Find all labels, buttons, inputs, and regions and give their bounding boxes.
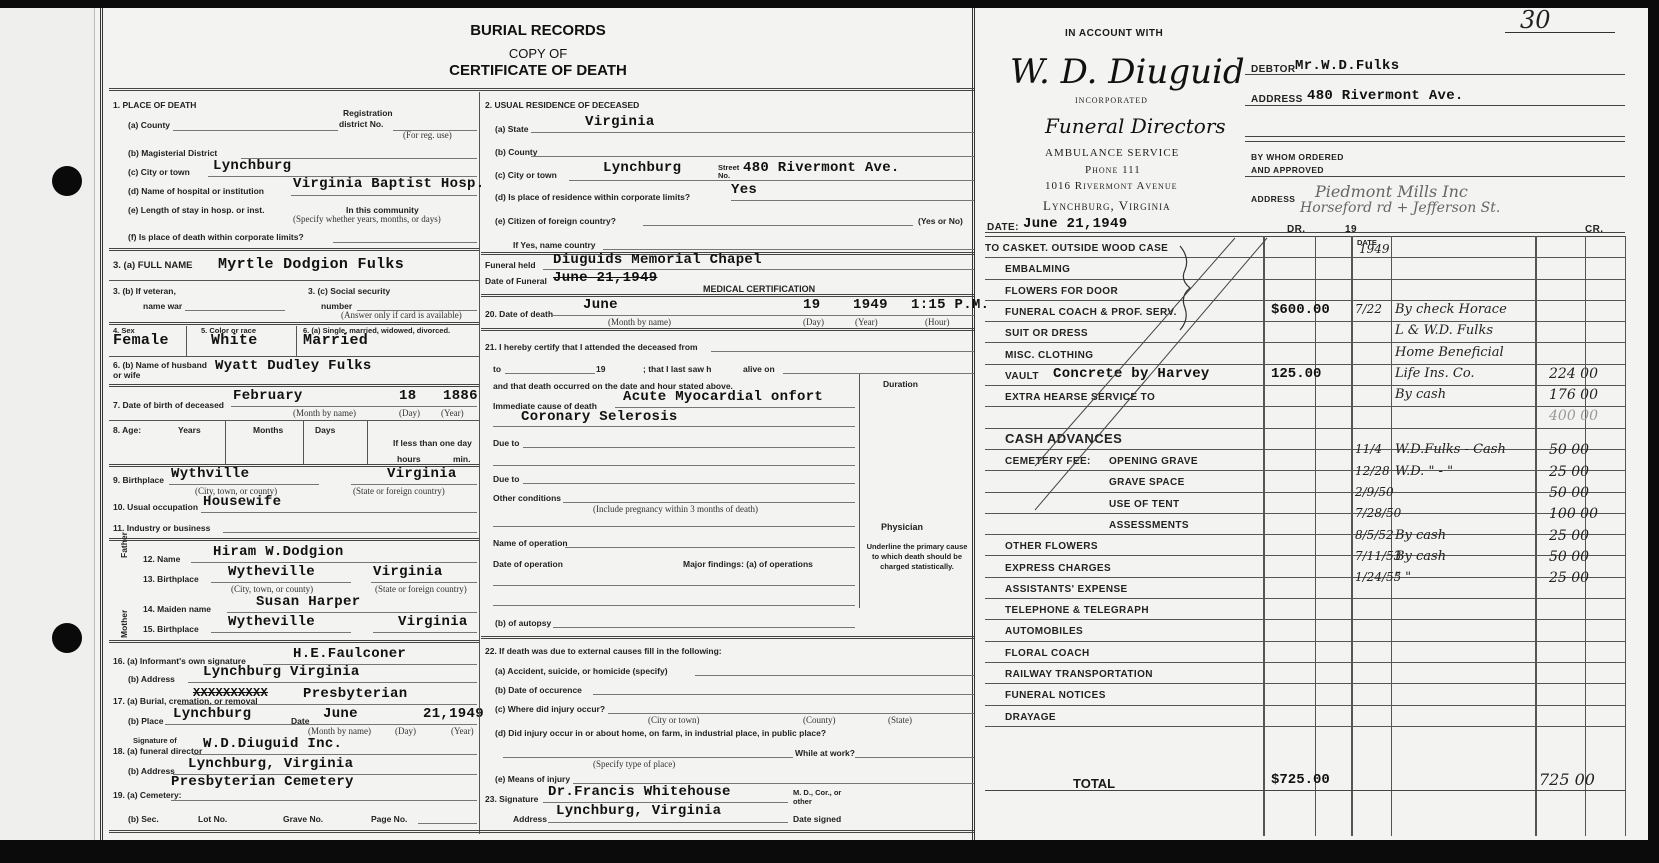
header-certificate-of-death: CERTIFICATE OF DEATH (373, 62, 703, 79)
death-year: 1949 (853, 297, 888, 313)
punch-hole (52, 623, 82, 653)
funeral-director-address: Lynchburg, Virginia (188, 756, 353, 772)
birth-day: 18 (399, 388, 416, 404)
birth-year: 1886 (443, 388, 478, 404)
full-name-value: Myrtle Dodgion Fulks (218, 256, 404, 273)
full-name-label: 3. (a) FULL NAME (113, 260, 193, 271)
header-burial-records: BURIAL RECORDS (403, 22, 673, 39)
corporate-limits-label: (f) Is place of death within corporate l… (128, 232, 304, 242)
magisterial-label: (b) Magisterial District (128, 148, 217, 158)
residence-street: 480 Rivermont Ave. (743, 160, 900, 176)
death-city-value: Lynchburg (213, 158, 291, 174)
total-credit: 725 00 (1539, 770, 1595, 789)
father-side-label: Father (119, 532, 129, 558)
funeral-account-ledger: 30 IN ACCOUNT WITH W. D. Diuguid INCORPO… (975, 8, 1648, 840)
physician-signature: Dr.Francis Whitehouse (548, 784, 731, 800)
binding-margin (0, 8, 95, 840)
hospital-value: Virginia Baptist Hosp. (293, 176, 484, 192)
length-of-stay-label: (e) Length of stay in hosp. or inst. (128, 205, 264, 215)
mother-birthplace-state: Virginia (398, 614, 468, 630)
mother-side-label: Mother (119, 610, 129, 638)
death-month: June (583, 297, 618, 313)
diagonal-strike-lines (975, 8, 1648, 840)
father-birthplace-state: Virginia (373, 564, 443, 580)
birth-month: February (233, 388, 303, 404)
physician-address: Lynchburg, Virginia (556, 803, 721, 819)
burial-place: Lynchburg (173, 706, 251, 722)
cemetery-value: Presbyterian Cemetery (171, 774, 354, 790)
death-certificate: BURIAL RECORDS COPY OF CERTIFICATE OF DE… (100, 8, 975, 840)
informant-signature: H.E.Faulconer (293, 646, 406, 662)
burial-day-year: 21,1949 (423, 706, 484, 722)
hospital-label: (d) Name of hospital or institution (128, 186, 264, 196)
death-day: 19 (803, 297, 820, 313)
scanned-record-page: BURIAL RECORDS COPY OF CERTIFICATE OF DE… (0, 8, 1648, 840)
residence-state: Virginia (585, 114, 655, 130)
spouse-value: Wyatt Dudley Fulks (215, 358, 372, 374)
total-amount: $725.00 (1271, 772, 1330, 788)
residence-corporate-value: Yes (731, 182, 757, 198)
father-name: Hiram W.Dodgion (213, 544, 344, 560)
father-birthplace-city: Wytheville (228, 564, 315, 580)
mother-maiden-name: Susan Harper (256, 594, 360, 610)
registration-label: Registration (343, 108, 393, 118)
residence-city: Lynchburg (603, 160, 681, 176)
burial-type: Presbyterian (303, 686, 407, 702)
medical-certification-heading: MEDICAL CERTIFICATION (703, 284, 815, 294)
sex-value: Female (113, 332, 169, 349)
residence-heading: 2. USUAL RESIDENCE OF DECEASED (485, 100, 639, 110)
burial-struck: XXXXXXXXXX (193, 686, 268, 700)
place-of-death-heading: 1. PLACE OF DEATH (113, 100, 196, 110)
physician-heading: Physician (881, 522, 923, 532)
immediate-cause-2: Coronary Selerosis (521, 409, 678, 425)
duration-heading: Duration (883, 379, 918, 389)
funeral-held-value: Diuguids Memorial Chapel (553, 252, 762, 268)
punch-hole (52, 166, 82, 196)
funeral-director-signature: W.D.Diuguid Inc. (203, 736, 342, 752)
total-label: TOTAL (1073, 776, 1115, 791)
burial-month: June (323, 706, 358, 722)
marital-value: Married (303, 332, 368, 349)
city-label: (c) City or town (128, 167, 190, 177)
race-value: White (211, 332, 258, 349)
funeral-date-value: June 21,1949 (553, 270, 657, 286)
physician-note: Underline the primary cause to which dea… (863, 542, 971, 572)
occupation-value: Housewife (203, 494, 281, 510)
birthplace-state: Virginia (387, 466, 457, 482)
mother-birthplace-city: Wytheville (228, 614, 315, 630)
county-label: (a) County (128, 120, 170, 130)
header-copy-of: COPY OF (403, 46, 673, 61)
birthplace-city: Wythville (171, 466, 249, 482)
district-no-label: district No. (339, 119, 383, 129)
informant-address: Lynchburg Virginia (203, 664, 360, 680)
immediate-cause-1: Acute Myocardial onfort (623, 389, 823, 405)
